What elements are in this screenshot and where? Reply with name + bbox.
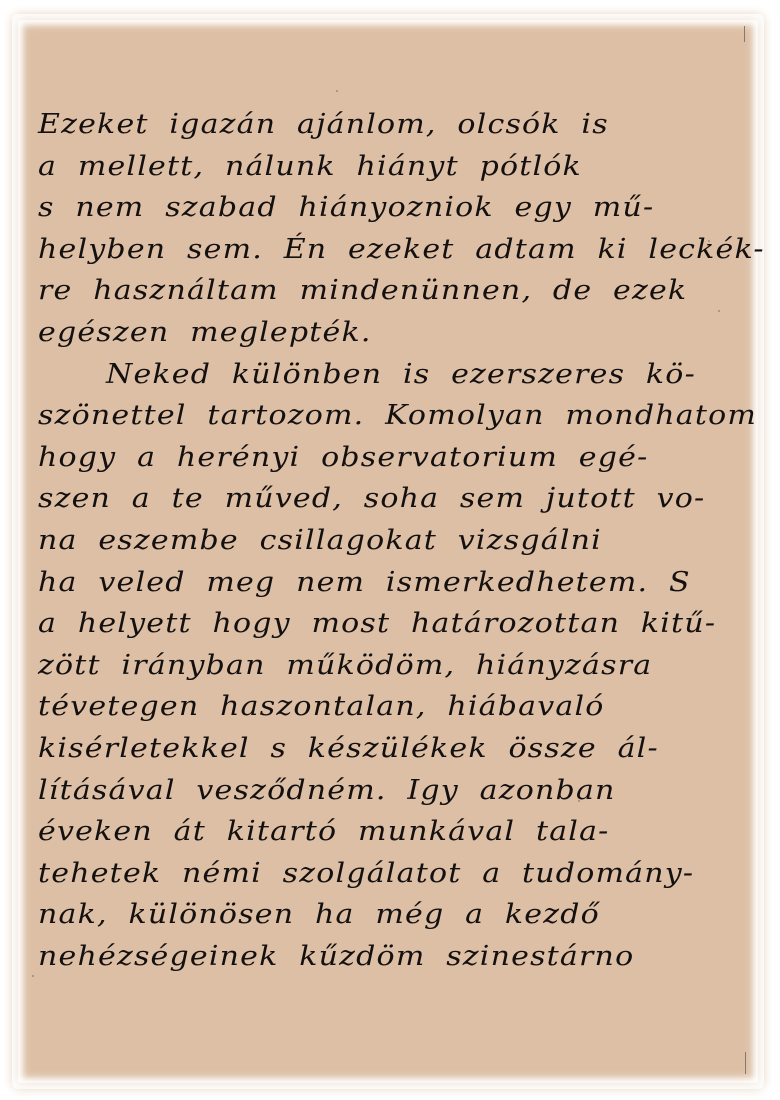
text-line: a mellett, nálunk hiányt pótlók bbox=[38, 148, 748, 185]
text-line: nak, különösen ha még a kezdő bbox=[38, 896, 748, 933]
text-line: tehetek némi szolgálatot a tudomány- bbox=[38, 855, 748, 892]
letter-page: Ezeket igazán ajánlom, olcsók is a melle… bbox=[18, 20, 758, 1083]
text-line: a helyett hogy most határozottan kitű- bbox=[38, 605, 748, 642]
handwritten-text: Ezeket igazán ajánlom, olcsók is a melle… bbox=[38, 104, 748, 977]
text-line: zött irányban működöm, hiányzásra bbox=[38, 647, 748, 684]
text-line: na eszembe csillagokat vizsgálni bbox=[38, 522, 748, 559]
text-line: lításával vesződném. Igy azonban bbox=[38, 772, 748, 809]
text-line: szönettel tartozom. Komolyan mondhatom bbox=[38, 397, 748, 434]
text-line: éveken át kitartó munkával tala- bbox=[38, 813, 748, 850]
scan-background: Ezeket igazán ajánlom, olcsók is a melle… bbox=[0, 0, 780, 1100]
text-line: tévetegen haszontalan, hiábavaló bbox=[38, 688, 748, 725]
text-line-paragraph-start: Neked különben is ezerszeres kö- bbox=[38, 356, 748, 393]
margin-mark bbox=[745, 1052, 746, 1074]
text-line: Ezeket igazán ajánlom, olcsók is bbox=[38, 106, 748, 143]
text-line: s nem szabad hiányozniok egy mű- bbox=[38, 189, 748, 226]
paper-speck bbox=[336, 90, 338, 92]
text-line: kisérletekkel s készülékek össze ál- bbox=[38, 730, 748, 767]
margin-mark bbox=[744, 26, 745, 42]
text-line: helyben sem. Én ezeket adtam ki leckék- bbox=[38, 231, 748, 268]
text-line: hogy a herényi observatorium egé- bbox=[38, 439, 748, 476]
text-line: egészen meglepték. bbox=[38, 314, 748, 351]
text-line: szen a te műved, soha sem jutott vo- bbox=[38, 480, 748, 517]
text-line: nehézségeinek kűzdöm szinestárno bbox=[38, 938, 748, 975]
text-line: re használtam mindenünnen, de ezek bbox=[38, 272, 748, 309]
text-line: ha veled meg nem ismerkedhetem. S bbox=[38, 564, 748, 601]
paper-speck bbox=[32, 975, 34, 977]
